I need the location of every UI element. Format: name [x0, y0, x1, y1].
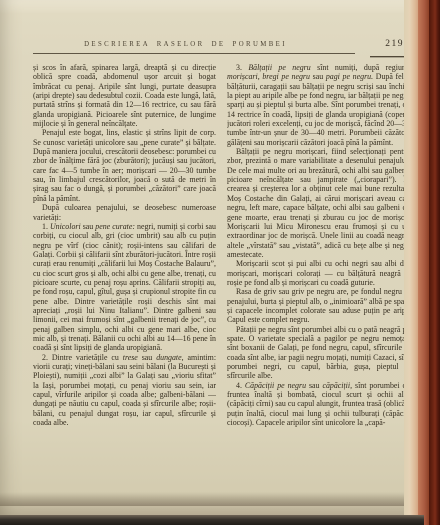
paragraph: și scos în afară, spinarea largă, dreapt… — [33, 63, 216, 128]
italic-text: pagi pe negru. — [326, 72, 373, 81]
body-text: Pătații pe negru sînt porumbei albi cu o… — [227, 325, 410, 381]
paragraph: După culoarea penajului, se deosebesc nu… — [33, 203, 216, 222]
page-header: DESCRIEREA RASELOR DE PORUMBEI 219 — [33, 41, 408, 53]
body-text: Morișcarii scot și pui albi cu ochi negr… — [227, 259, 410, 287]
italic-text: Unicolori — [50, 222, 81, 231]
body-text: sau — [81, 222, 96, 231]
body-text: sînt numiți, după regiuni, — [311, 63, 410, 72]
paragraph: 1. Unicolori sau pene curate: negri, num… — [33, 222, 216, 353]
body-text: După felul bălțăturii, caragații sau băl… — [227, 72, 410, 146]
italic-text: pene curate: — [95, 222, 135, 231]
body-text: După culoarea penajului, se deosebesc nu… — [33, 203, 216, 221]
italic-text: Bălțații pe negru — [248, 63, 310, 72]
bottom-shadow — [0, 492, 412, 506]
body-text: 2. Dintre varietățile cu — [42, 353, 123, 362]
paragraph: 3. Bălțații pe negru sînt numiți, după r… — [227, 63, 410, 147]
italic-text: căpăciții, — [322, 381, 352, 390]
italic-text: trese — [123, 353, 138, 362]
book-photo: DESCRIEREA RASELOR DE PORUMBEI 219 și sc… — [0, 0, 440, 525]
paragraph: 2. Dintre varietățile cu trese sau dunga… — [33, 353, 216, 428]
text-columns: și scos în afară, spinarea largă, dreapt… — [33, 63, 410, 463]
page-edges — [404, 0, 418, 516]
cover-inner-edge — [418, 0, 429, 525]
italic-text: morișcari, bregi pe negru — [227, 72, 310, 81]
body-text: amintim: viorii curați; vineți-bălani sa… — [33, 353, 216, 427]
body-text: sau — [310, 72, 326, 81]
header-rule — [33, 53, 355, 54]
paragraph: Morișcarii scot și pui albi cu ochi negr… — [227, 259, 410, 287]
paragraph: Penajul este bogat, lins, elastic și str… — [33, 128, 216, 203]
page-number: 219 — [385, 39, 404, 49]
table-shadow-strip — [0, 515, 424, 525]
book-page: DESCRIEREA RASELOR DE PORUMBEI 219 și sc… — [0, 0, 412, 516]
right-column: 3. Bălțații pe negru sînt numiți, după r… — [227, 63, 410, 463]
left-column: și scos în afară, spinarea largă, dreapt… — [33, 63, 216, 463]
paragraph: Pătații pe negru sînt porumbei albi cu o… — [227, 325, 410, 381]
paragraph: Rasa de griv sau griv pe negru are, pe f… — [227, 287, 410, 324]
body-text: sau — [138, 353, 156, 362]
paragraph: Bălțații pe negru morișcari, fiind selec… — [227, 147, 410, 259]
body-text: 1. — [42, 222, 50, 231]
body-text: și scos în afară, spinarea largă, dreapt… — [33, 63, 216, 128]
body-text: negri, numiți și corbi sau corbiți, cu c… — [33, 222, 216, 352]
body-text: sau — [306, 381, 322, 390]
body-text: Bălțații pe negru morișcari, fiind selec… — [227, 147, 410, 259]
body-text: 4. — [236, 381, 245, 390]
body-text: Rasa de griv sau griv pe negru are, pe f… — [227, 287, 410, 324]
body-text: 3. — [236, 63, 248, 72]
book-spine — [429, 0, 440, 525]
body-text: Penajul este bogat, lins, elastic și str… — [33, 128, 216, 202]
italic-text: Căpăciții pe negru — [245, 381, 306, 390]
paragraph: 4. Căpăciții pe negru sau căpăciții, sîn… — [227, 381, 410, 428]
italic-text: dungate, — [156, 353, 183, 362]
running-title: DESCRIEREA RASELOR DE PORUMBEI — [33, 41, 338, 48]
